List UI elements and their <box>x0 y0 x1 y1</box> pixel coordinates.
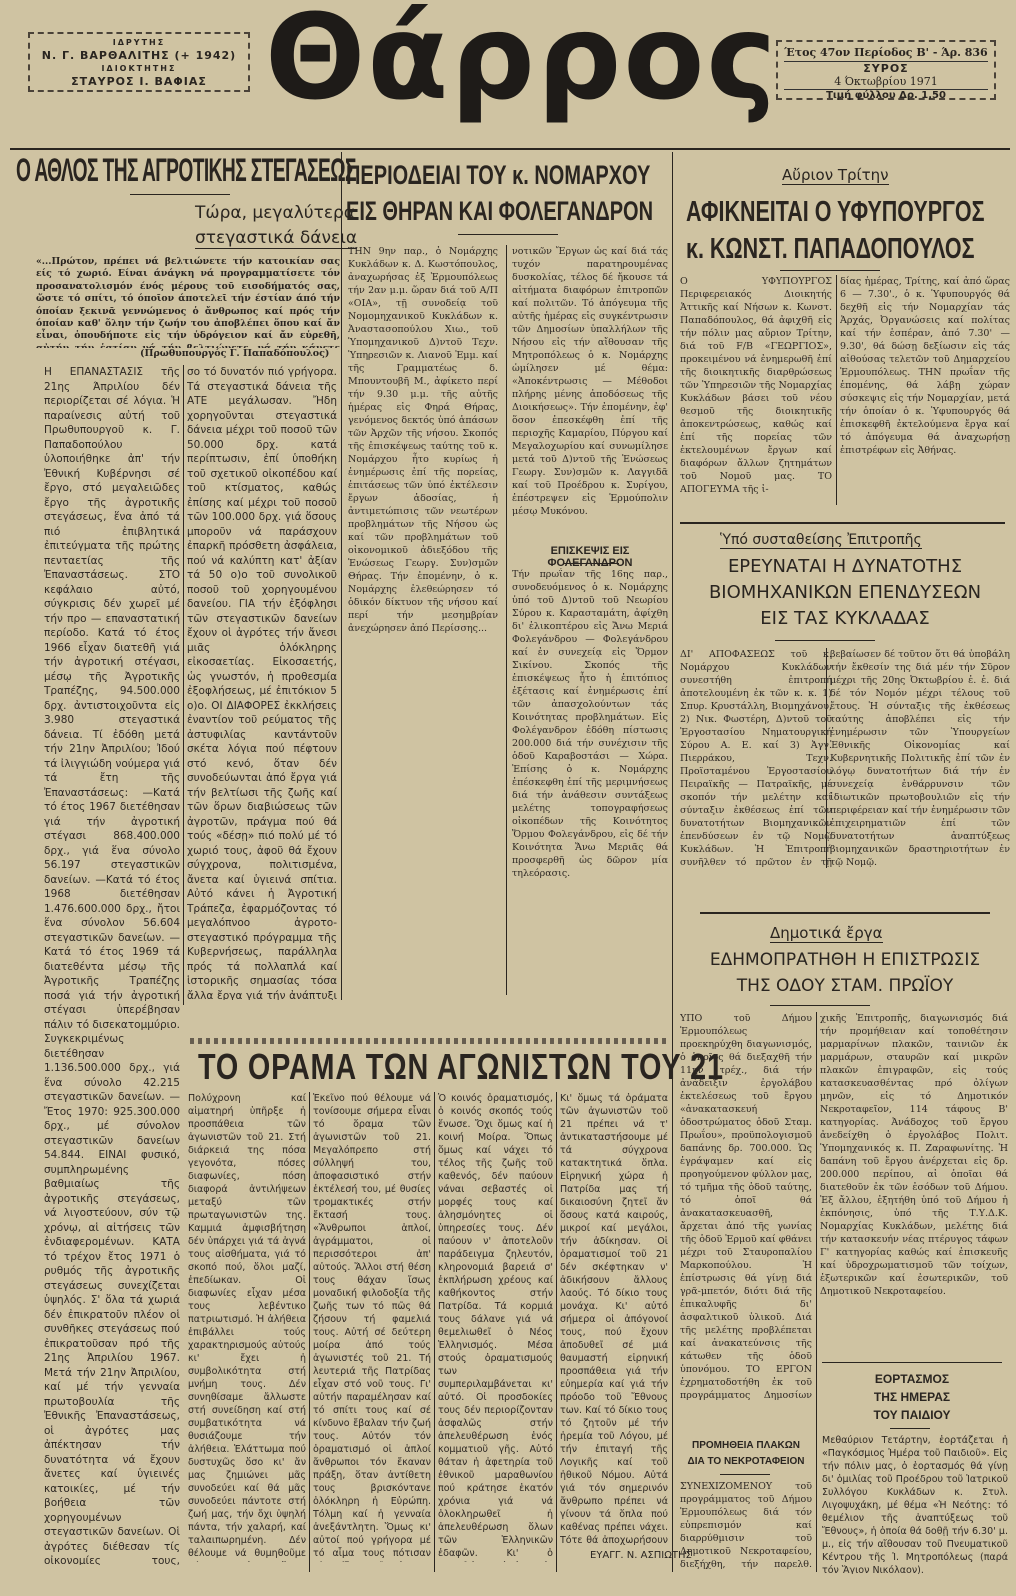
vision-body-col1: Πολύχρονη καί αἱματηρή ὑπῆρξε ἡ προσπάθε… <box>188 1092 306 1562</box>
investment-body-col1: ΔΙ' ΑΠΟΦΑΣΕΩΣ τοῦ κ. Νομάρχου Κυκλάδων σ… <box>680 648 832 868</box>
column-divider <box>434 1092 435 1572</box>
founder-label: ΙΔΡΥΤΗΣ <box>36 38 242 47</box>
issue-box: Έτος 47ον Περίοδος Β' - Άρ. 836 ΣΥΡΟΣ 4 … <box>776 40 996 100</box>
headline-rule <box>780 270 880 271</box>
road-body-col1: ΥΠΟ τοῦ Δήμου Ἑρμουπόλεως προεκηρύχθη δι… <box>680 1012 812 1402</box>
housing-headline: Ο ΑΘΛΟΣ ΤΗΣ ΑΓΡΟΤΙΚΗΣ ΣΤΕΓΑΣΕΩΣ <box>16 152 356 189</box>
prefect-body-col2b: Τήν πρωΐαν τῆς 16ης παρ., συνοδευόμενος … <box>512 568 668 995</box>
road-body-col2: χικῆς Ἐπιτροπῆς, διαγωνισμός διά τήν προ… <box>820 1012 1008 1362</box>
minister-kicker: Αὔριον Τρίτην <box>782 166 889 185</box>
children-day-headline-1: ΕΟΡΤΑΣΜΟΣ <box>822 1372 1002 1386</box>
headline-rule <box>458 234 558 235</box>
vision-body-col4: Κι' ὅμως τά ὁράματα τῶν ἀγωνιστῶν τοῦ 21… <box>560 1092 668 1547</box>
road-headline-2: ΤΗΣ ΟΔΟΥ ΣΤΑΜ. ΠΡΩΪΟΥ <box>680 976 1010 996</box>
section-rule <box>563 563 619 564</box>
prefect-body-col1: ΤΗΝ 9ην παρ., ὁ Νομάρχης Κυκλάδων κ. Δ. … <box>348 245 498 995</box>
masthead-rule <box>10 148 1010 150</box>
housing-quote: «...Πρώτον, πρέπει νά βελτιώνετε τήν κατ… <box>36 256 340 348</box>
owner-label: ΙΔΙΟΚΤΗΤΗΣ <box>36 64 242 73</box>
column-divider <box>309 1092 310 1572</box>
headline-rule <box>770 1005 870 1006</box>
investment-headline-1: ΕΡΕΥΝΑΤΑΙ Η ΔΥΝΑΤΟΤΗΣ <box>680 556 1010 577</box>
children-day-headline-2: ΤΗΣ ΗΜΕΡΑΣ <box>822 1390 1002 1404</box>
column-divider <box>183 365 184 1005</box>
section-rule <box>720 1474 770 1475</box>
minister-headline-1: ΑΦΙΚΝΕΙΤΑΙ Ο ΥΦΥΠΟΥΡΓΟΣ <box>686 196 984 229</box>
prefect-section-head: ΕΠΙΣΚΕΨΙΣ ΕΙΣ ΦΟΛΕΓΑΝΔΡΟΝ <box>512 545 668 569</box>
cemetery-body: ΣΥΝΕΧΙΖΟΜΕΝΟΥ τοῦ προγράμματος τοῦ Δήμου… <box>680 1480 812 1570</box>
section-rule <box>890 1428 930 1429</box>
children-day-body: Μεθαύριον Τετάρτην, ἑορτάζεται ἡ «Παγκόσ… <box>822 1434 1008 1574</box>
cemetery-subhead-1: ΠΡΟΜΗΘΕΙΑ ΠΛΑΚΩΝ <box>680 1440 812 1451</box>
investment-body-col2: βεβαίωσεν δέ τοῦτον ὅτι θά ὑποβάλη τήν ἔ… <box>830 648 1010 868</box>
housing-body-col1: Η ΕΠΑΝΑΣΤΑΣΙΣ τῆς 21ης Άπριλίου δέν περι… <box>44 365 180 1565</box>
issue-line: Έτος 47ον Περίοδος Β' - Άρ. 836 <box>784 46 988 62</box>
section-rule <box>680 522 1005 524</box>
column-divider <box>556 1092 557 1572</box>
cemetery-subhead-2: ΔΙΑ ΤΟ ΝΕΚΡΟΤΑΦΕΙΟΝ <box>680 1456 812 1467</box>
city: ΣΥΡΟΣ <box>784 62 988 75</box>
children-day-headline-3: ΤΟΥ ΠΑΙΔΙΟΥ <box>822 1408 1002 1422</box>
column-divider <box>836 275 837 505</box>
prefect-headline-2: ΕΙΣ ΘΗΡΑΝ ΚΑΙ ΦΟΛΕΓΑΝΔΡΟΝ <box>346 196 653 227</box>
investment-headline-3: ΕΙΣ ΤΑΣ ΚΥΚΛΑΔΑΣ <box>680 608 1010 629</box>
founder-box: ΙΔΡΥΤΗΣ Ν. Γ. ΒΑΡΘΑΛΙΤΗΣ (+ 1942) ΙΔΙΟΚΤ… <box>28 32 250 92</box>
vision-headline: ΤΟ ΟΡΑΜΑ ΤΩΝ ΑΓΩΝΙΣΤΩΝ ΤΟΥ 21 <box>198 1046 724 1088</box>
minister-headline-2: κ. ΚΩΝΣΤ. ΠΑΠΑΔΟΠΟΥΛΟΣ <box>686 233 974 266</box>
issue-date: 4 Όκτωβρίου 1971 <box>784 75 988 90</box>
minister-body-col1: Ο ΥΦΥΠΟΥΡΓΟΣ Περιφερειακός Διοικητής Ἀττ… <box>680 275 832 515</box>
column-divider <box>816 1012 817 1572</box>
price: Τιμή φύλλου Δρ. 1,50 <box>784 90 988 101</box>
owner-name: ΣΤΑΥΡΟΣ Ι. ΒΑΦΙΑΣ <box>36 75 242 88</box>
vision-body-col2: Ἐκεῖνο πού θέλουμε νά τονίσουμε σήμερα ε… <box>313 1092 431 1562</box>
road-headline-1: ΕΔΗΜΟΠΡΑΤΗΘΗ Η ΕΠΙΣΤΡΩΣΙΣ <box>680 950 1010 970</box>
investment-kicker: Ὑπό συσταθείσης Ἐπιτροπῆς <box>720 532 922 549</box>
prefect-body-col2: νοτικῶν Ἔργων ὡς καί διά τάς τυχόν παρατ… <box>512 245 668 540</box>
housing-subhead-1: Τώρα, μεγαλύτερα <box>195 203 355 223</box>
section-rule <box>822 1362 1002 1363</box>
headline-rule <box>130 194 230 195</box>
vision-author: ΕΥΑΓΓ. Ν. ΑΣΠΙΩΤΗΣ <box>590 1550 692 1561</box>
newspaper-title: Θάρρος <box>265 2 765 112</box>
column-divider <box>672 152 673 1572</box>
housing-body-col2: σο τό δυνατόν πιό γρήγορα. Τά στεγαστικά… <box>187 365 337 1000</box>
vision-body-col3: Ὁ κοινός ὁραματισμός, ὁ κοινός σκοπός το… <box>438 1092 553 1562</box>
founder-name: Ν. Γ. ΒΑΡΘΑΛΙΤΗΣ (+ 1942) <box>36 49 242 62</box>
minister-body-col2: δίας ἡμέρας, Τρίτης, καί ἀπό ὥρας 6 — 7.… <box>840 275 1010 515</box>
column-divider <box>826 648 827 868</box>
road-kicker: Δημοτικά ἔργα <box>770 924 883 943</box>
column-divider <box>506 245 507 995</box>
section-rule <box>700 912 990 914</box>
headline-rule <box>775 640 875 641</box>
wavy-divider <box>190 1038 668 1044</box>
housing-subhead-2: στεγαστικά δάνεια <box>195 228 357 249</box>
column-divider <box>341 152 342 1000</box>
housing-quote-attribution: (Πρωθυπουργός Γ. Παπαδόπουλος) <box>140 348 329 360</box>
investment-headline-2: ΒΙΟΜΗΧΑΝΙΚΩΝ ΕΠΕΝΔΥΣΕΩΝ <box>680 582 1010 603</box>
prefect-headline-1: ΠΕΡΙΟΔΕΙΑΙ ΤΟΥ κ. ΝΟΜΑΡΧΟΥ <box>346 160 650 191</box>
